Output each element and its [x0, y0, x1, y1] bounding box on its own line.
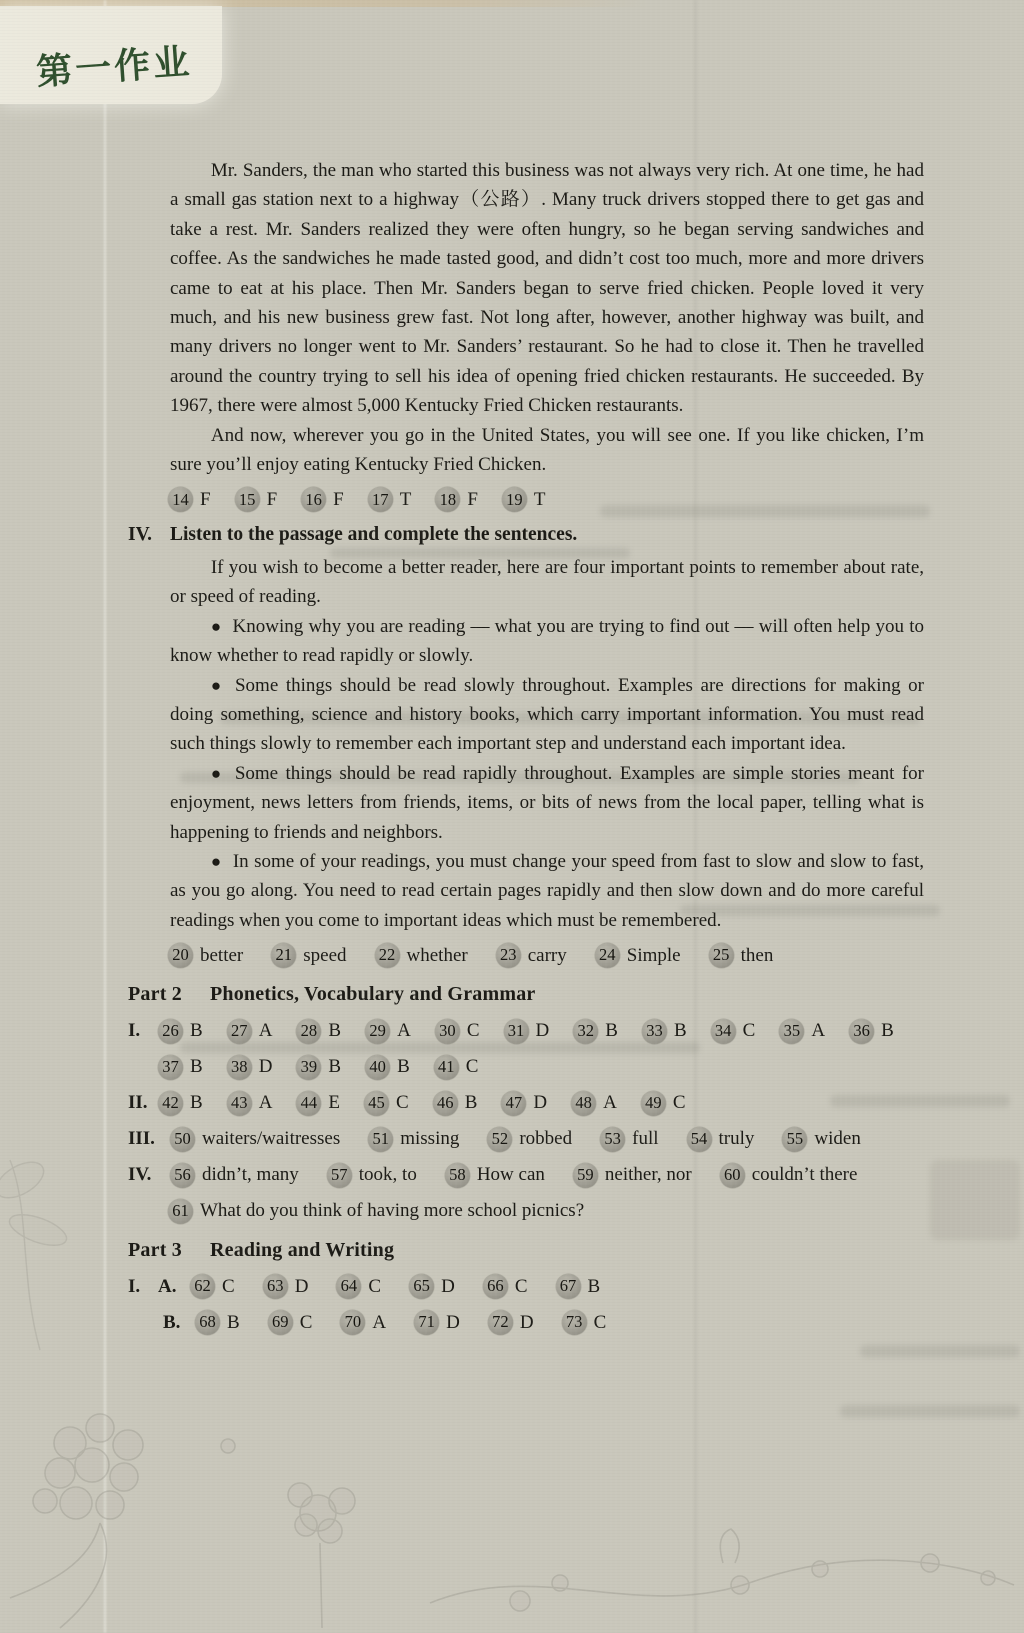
answer-item: 57took, to — [327, 1160, 417, 1189]
question-number: 69 — [268, 1310, 293, 1335]
answer-item: 49C — [641, 1088, 686, 1117]
answer-text: D — [446, 1308, 460, 1337]
answer-item: 64C — [336, 1272, 381, 1301]
answer-text: C — [743, 1016, 756, 1045]
answer-text: D — [259, 1052, 273, 1081]
question-number: 54 — [687, 1127, 712, 1152]
question-number: 71 — [414, 1310, 439, 1335]
question-number: 35 — [779, 1019, 804, 1044]
answer-text: B — [328, 1016, 341, 1045]
answer-item: 58How can — [445, 1160, 545, 1189]
question-number: 63 — [263, 1274, 288, 1299]
bullet-paragraph: ●Some things should be read slowly throu… — [128, 671, 924, 759]
answer-text: waiters/waitresses — [202, 1124, 340, 1153]
answer-item: 32B — [573, 1016, 618, 1045]
answer-text: D — [441, 1272, 455, 1301]
answer-text: then — [741, 941, 774, 970]
bullet-text: In some of your readings, you must chang… — [170, 851, 924, 931]
answer-item: 50waiters/waitresses — [170, 1124, 340, 1153]
question-number: 14 — [168, 487, 193, 512]
answer-item: 70A — [340, 1308, 386, 1337]
question-number: 55 — [782, 1127, 807, 1152]
answer-item: 48A — [571, 1088, 617, 1117]
answer-item: 71D — [414, 1308, 460, 1337]
question-number: 31 — [504, 1019, 529, 1044]
answer-item: 61What do you think of having more schoo… — [168, 1196, 584, 1225]
scanned-page: 第一作业 Mr. Sanders, the man who started th… — [0, 0, 1024, 1633]
answer-text: C — [515, 1272, 528, 1301]
bullet-text: Some things should be read rapidly throu… — [170, 763, 924, 843]
question-number: 23 — [496, 943, 521, 968]
answer-item: 22whether — [375, 941, 468, 970]
part3-row-a: I. A. 62C 63D 64C 65D 66C 67B — [128, 1271, 924, 1302]
question-number: 46 — [433, 1091, 458, 1116]
answer-item: 55widen — [782, 1124, 860, 1153]
section-title: Listen to the passage and complete the s… — [170, 524, 577, 545]
answer-item: 44E — [296, 1088, 340, 1117]
sub-label: B. — [163, 1308, 195, 1337]
answer-text: E — [328, 1088, 340, 1117]
answer-text: F — [467, 485, 478, 514]
part3-subtitle: Reading and Writing — [210, 1239, 394, 1261]
question-number: 20 — [168, 943, 193, 968]
answer-item: 24Simple — [595, 941, 681, 970]
answer-item: 14F — [168, 485, 211, 514]
homework-label-box: 第一作业 — [0, 6, 222, 104]
answer-item: 15F — [235, 485, 278, 514]
answer-item: 36B — [849, 1016, 894, 1045]
answer-item: 65D — [409, 1272, 455, 1301]
question-number: 61 — [168, 1199, 193, 1224]
answer-text: took, to — [359, 1160, 417, 1189]
listening-intro: If you wish to become a better reader, h… — [128, 553, 924, 612]
answer-text: B — [190, 1016, 203, 1045]
answer-item: 56didn’t, many — [170, 1160, 299, 1189]
answer-item: 66C — [483, 1272, 528, 1301]
answer-item: 17T — [368, 485, 412, 514]
question-number: 65 — [409, 1274, 434, 1299]
listening-answers-row: 20better 21speed 22whether 23carry 24Sim… — [128, 940, 924, 971]
part2-section-iv-row2: 61What do you think of having more schoo… — [128, 1196, 924, 1227]
answer-text: What do you think of having more school … — [200, 1196, 584, 1225]
answer-text: C — [396, 1088, 409, 1117]
question-number: 53 — [600, 1127, 625, 1152]
answer-item: 28B — [296, 1016, 341, 1045]
part2-section-ii-row: II. 42B 43A 44E 45C 46B 47D 48A 49C — [128, 1088, 924, 1119]
question-number: 41 — [434, 1055, 459, 1080]
section-label: IV. — [128, 1160, 170, 1189]
section-label: III. — [128, 1124, 170, 1153]
answer-text: robbed — [519, 1124, 572, 1153]
question-number: 16 — [301, 487, 326, 512]
section-iv-heading: IV.Listen to the passage and complete th… — [128, 520, 924, 549]
bullet-icon: ● — [211, 617, 222, 636]
passage-paragraph-1: Mr. Sanders, the man who started this bu… — [128, 156, 924, 421]
answer-text: C — [673, 1088, 686, 1117]
tf-answers-row: 14F 15F 16F 17T 18F 19T — [128, 484, 924, 515]
question-number: 42 — [158, 1091, 183, 1116]
answer-text: F — [267, 485, 278, 514]
answer-text: A — [811, 1016, 825, 1045]
question-number: 34 — [711, 1019, 736, 1044]
bullet-icon: ● — [211, 764, 224, 783]
answer-item: 33B — [642, 1016, 687, 1045]
question-number: 18 — [435, 487, 460, 512]
answer-item: 34C — [711, 1016, 756, 1045]
answer-text: B — [605, 1016, 618, 1045]
question-number: 15 — [235, 487, 260, 512]
part2-subtitle: Phonetics, Vocabulary and Grammar — [210, 983, 536, 1005]
question-number: 62 — [190, 1274, 215, 1299]
scan-fold-line — [104, 0, 106, 1633]
part2-section-i-row1: I. 26B 27A 28B 29A 30C 31D 32B 33B 34C 3… — [128, 1016, 924, 1047]
sub-label: A. — [158, 1272, 190, 1301]
part2-section-iv-row: IV. 56didn’t, many 57took, to 58How can … — [128, 1160, 924, 1191]
bullet-text: Some things should be read slowly throug… — [170, 675, 924, 755]
answer-text: T — [400, 485, 412, 514]
part2-section-iii-row: III. 50waiters/waitresses 51missing 52ro… — [128, 1124, 924, 1155]
question-number: 68 — [195, 1310, 220, 1335]
part2-title: Part 2 — [128, 983, 182, 1005]
answer-text: C — [300, 1308, 313, 1337]
question-number: 73 — [562, 1310, 587, 1335]
question-number: 58 — [445, 1163, 470, 1188]
question-number: 52 — [487, 1127, 512, 1152]
bleed-through-smudge — [930, 1160, 1020, 1240]
question-number: 43 — [227, 1091, 252, 1116]
page-content: Mr. Sanders, the man who started this bu… — [128, 156, 924, 1343]
answer-item: 27A — [227, 1016, 273, 1045]
answer-item: 43A — [227, 1088, 273, 1117]
answer-item: 62C — [190, 1272, 235, 1301]
answer-item: 19T — [502, 485, 546, 514]
bullet-paragraph: ●In some of your readings, you must chan… — [128, 847, 924, 935]
question-number: 45 — [364, 1091, 389, 1116]
answer-text: D — [536, 1016, 550, 1045]
question-number: 17 — [368, 487, 393, 512]
question-number: 59 — [573, 1163, 598, 1188]
question-number: 50 — [170, 1127, 195, 1152]
answer-text: B — [465, 1088, 478, 1117]
answer-text: missing — [400, 1124, 459, 1153]
answer-item: 46B — [433, 1088, 478, 1117]
answer-text: didn’t, many — [202, 1160, 299, 1189]
part3-title: Part 3 — [128, 1239, 182, 1261]
bullet-paragraph: ●Knowing why you are reading — what you … — [128, 612, 924, 671]
answer-item: 67B — [556, 1272, 601, 1301]
answer-text: A — [259, 1088, 273, 1117]
bleed-through-smudge — [860, 1345, 1020, 1357]
answer-item: 52robbed — [487, 1124, 572, 1153]
bullet-icon: ● — [211, 852, 222, 871]
answer-item: 47D — [501, 1088, 547, 1117]
answer-text: D — [295, 1272, 309, 1301]
part3-row-b: B. 68B 69C 70A 71D 72D 73C — [128, 1307, 924, 1338]
question-number: 39 — [296, 1055, 321, 1080]
question-number: 70 — [340, 1310, 365, 1335]
part2-section-i-row2: 37B 38D 39B 40B 41C — [128, 1052, 924, 1083]
answer-item: 23carry — [496, 941, 567, 970]
question-number: 19 — [502, 487, 527, 512]
part3-heading: Part 3Reading and Writing — [128, 1236, 924, 1265]
question-number: 72 — [488, 1310, 513, 1335]
answer-item: 25then — [709, 941, 774, 970]
question-number: 56 — [170, 1163, 195, 1188]
answer-text: C — [222, 1272, 235, 1301]
answer-item: 30C — [435, 1016, 480, 1045]
answer-text: truly — [719, 1124, 755, 1153]
answer-item: 68B — [195, 1308, 240, 1337]
question-number: 49 — [641, 1091, 666, 1116]
answer-text: A — [372, 1308, 386, 1337]
homework-label: 第一作业 — [34, 32, 223, 96]
answer-text: C — [594, 1308, 607, 1337]
question-number: 51 — [368, 1127, 393, 1152]
answer-text: D — [520, 1308, 534, 1337]
answer-item: 54truly — [687, 1124, 755, 1153]
answer-text: C — [467, 1016, 480, 1045]
bullet-paragraph: ●Some things should be read rapidly thro… — [128, 759, 924, 847]
question-number: 30 — [435, 1019, 460, 1044]
answer-text: whether — [407, 941, 468, 970]
question-number: 24 — [595, 943, 620, 968]
question-number: 48 — [571, 1091, 596, 1116]
answer-text: C — [466, 1052, 479, 1081]
question-number: 38 — [227, 1055, 252, 1080]
answer-text: B — [328, 1052, 341, 1081]
answer-item: 73C — [562, 1308, 607, 1337]
bullet-text: Knowing why you are reading — what you a… — [170, 616, 924, 666]
answer-item: 26B — [158, 1016, 203, 1045]
answer-item: 39B — [296, 1052, 341, 1081]
section-label: I. — [128, 1272, 158, 1301]
bullet-icon: ● — [211, 676, 224, 695]
answer-text: B — [190, 1052, 203, 1081]
section-label: IV. — [128, 520, 170, 549]
answer-item: 69C — [268, 1308, 313, 1337]
question-number: 33 — [642, 1019, 667, 1044]
answer-text: Simple — [627, 941, 681, 970]
answer-item: 72D — [488, 1308, 534, 1337]
answer-item: 18F — [435, 485, 478, 514]
question-number: 66 — [483, 1274, 508, 1299]
answer-item: 20better — [168, 941, 243, 970]
answer-text: A — [603, 1088, 617, 1117]
answer-text: T — [534, 485, 546, 514]
question-number: 57 — [327, 1163, 352, 1188]
answer-text: B — [227, 1308, 240, 1337]
answer-text: B — [588, 1272, 601, 1301]
question-number: 25 — [709, 943, 734, 968]
answer-text: neither, nor — [605, 1160, 692, 1189]
part2-heading: Part 2Phonetics, Vocabulary and Grammar — [128, 980, 924, 1009]
question-number: 27 — [227, 1019, 252, 1044]
answer-item: 63D — [263, 1272, 309, 1301]
answer-text: A — [259, 1016, 273, 1045]
question-number: 28 — [296, 1019, 321, 1044]
section-label: I. — [128, 1016, 158, 1045]
answer-item: 31D — [504, 1016, 550, 1045]
answer-item: 29A — [365, 1016, 411, 1045]
question-number: 36 — [849, 1019, 874, 1044]
question-number: 44 — [296, 1091, 321, 1116]
answer-text: carry — [528, 941, 567, 970]
question-number: 47 — [501, 1091, 526, 1116]
question-number: 37 — [158, 1055, 183, 1080]
answer-text: F — [333, 485, 344, 514]
answer-item: 40B — [365, 1052, 410, 1081]
answer-text: B — [674, 1016, 687, 1045]
question-number: 29 — [365, 1019, 390, 1044]
answer-text: B — [397, 1052, 410, 1081]
answer-text: B — [190, 1088, 203, 1117]
answer-text: How can — [477, 1160, 545, 1189]
answer-item: 16F — [301, 485, 344, 514]
passage-paragraph-2: And now, wherever you go in the United S… — [128, 421, 924, 480]
answer-text: C — [368, 1272, 381, 1301]
answer-item: 35A — [779, 1016, 825, 1045]
bleed-through-smudge — [840, 1405, 1020, 1417]
section-label: II. — [128, 1088, 158, 1117]
answer-text: A — [397, 1016, 411, 1045]
answer-item: 51missing — [368, 1124, 459, 1153]
answer-item: 41C — [434, 1052, 479, 1081]
answer-item: 59neither, nor — [573, 1160, 692, 1189]
answer-item: 37B — [158, 1052, 203, 1081]
answer-text: better — [200, 941, 243, 970]
answer-text: speed — [303, 941, 346, 970]
answer-text: B — [881, 1016, 894, 1045]
answer-item: 42B — [158, 1088, 203, 1117]
question-number: 21 — [271, 943, 296, 968]
question-number: 40 — [365, 1055, 390, 1080]
question-number: 60 — [720, 1163, 745, 1188]
answer-text: D — [533, 1088, 547, 1117]
answer-text: widen — [814, 1124, 860, 1153]
answer-item: 60couldn’t there — [720, 1160, 858, 1189]
question-number: 26 — [158, 1019, 183, 1044]
question-number: 64 — [336, 1274, 361, 1299]
answer-item: 38D — [227, 1052, 273, 1081]
answer-text: couldn’t there — [752, 1160, 858, 1189]
floral-sketch-left — [0, 1120, 130, 1360]
question-number: 67 — [556, 1274, 581, 1299]
question-number: 22 — [375, 943, 400, 968]
answer-item: 21speed — [271, 941, 346, 970]
answer-item: 53full — [600, 1124, 658, 1153]
question-number: 32 — [573, 1019, 598, 1044]
answer-text: F — [200, 485, 211, 514]
answer-text: full — [632, 1124, 658, 1153]
answer-item: 45C — [364, 1088, 409, 1117]
